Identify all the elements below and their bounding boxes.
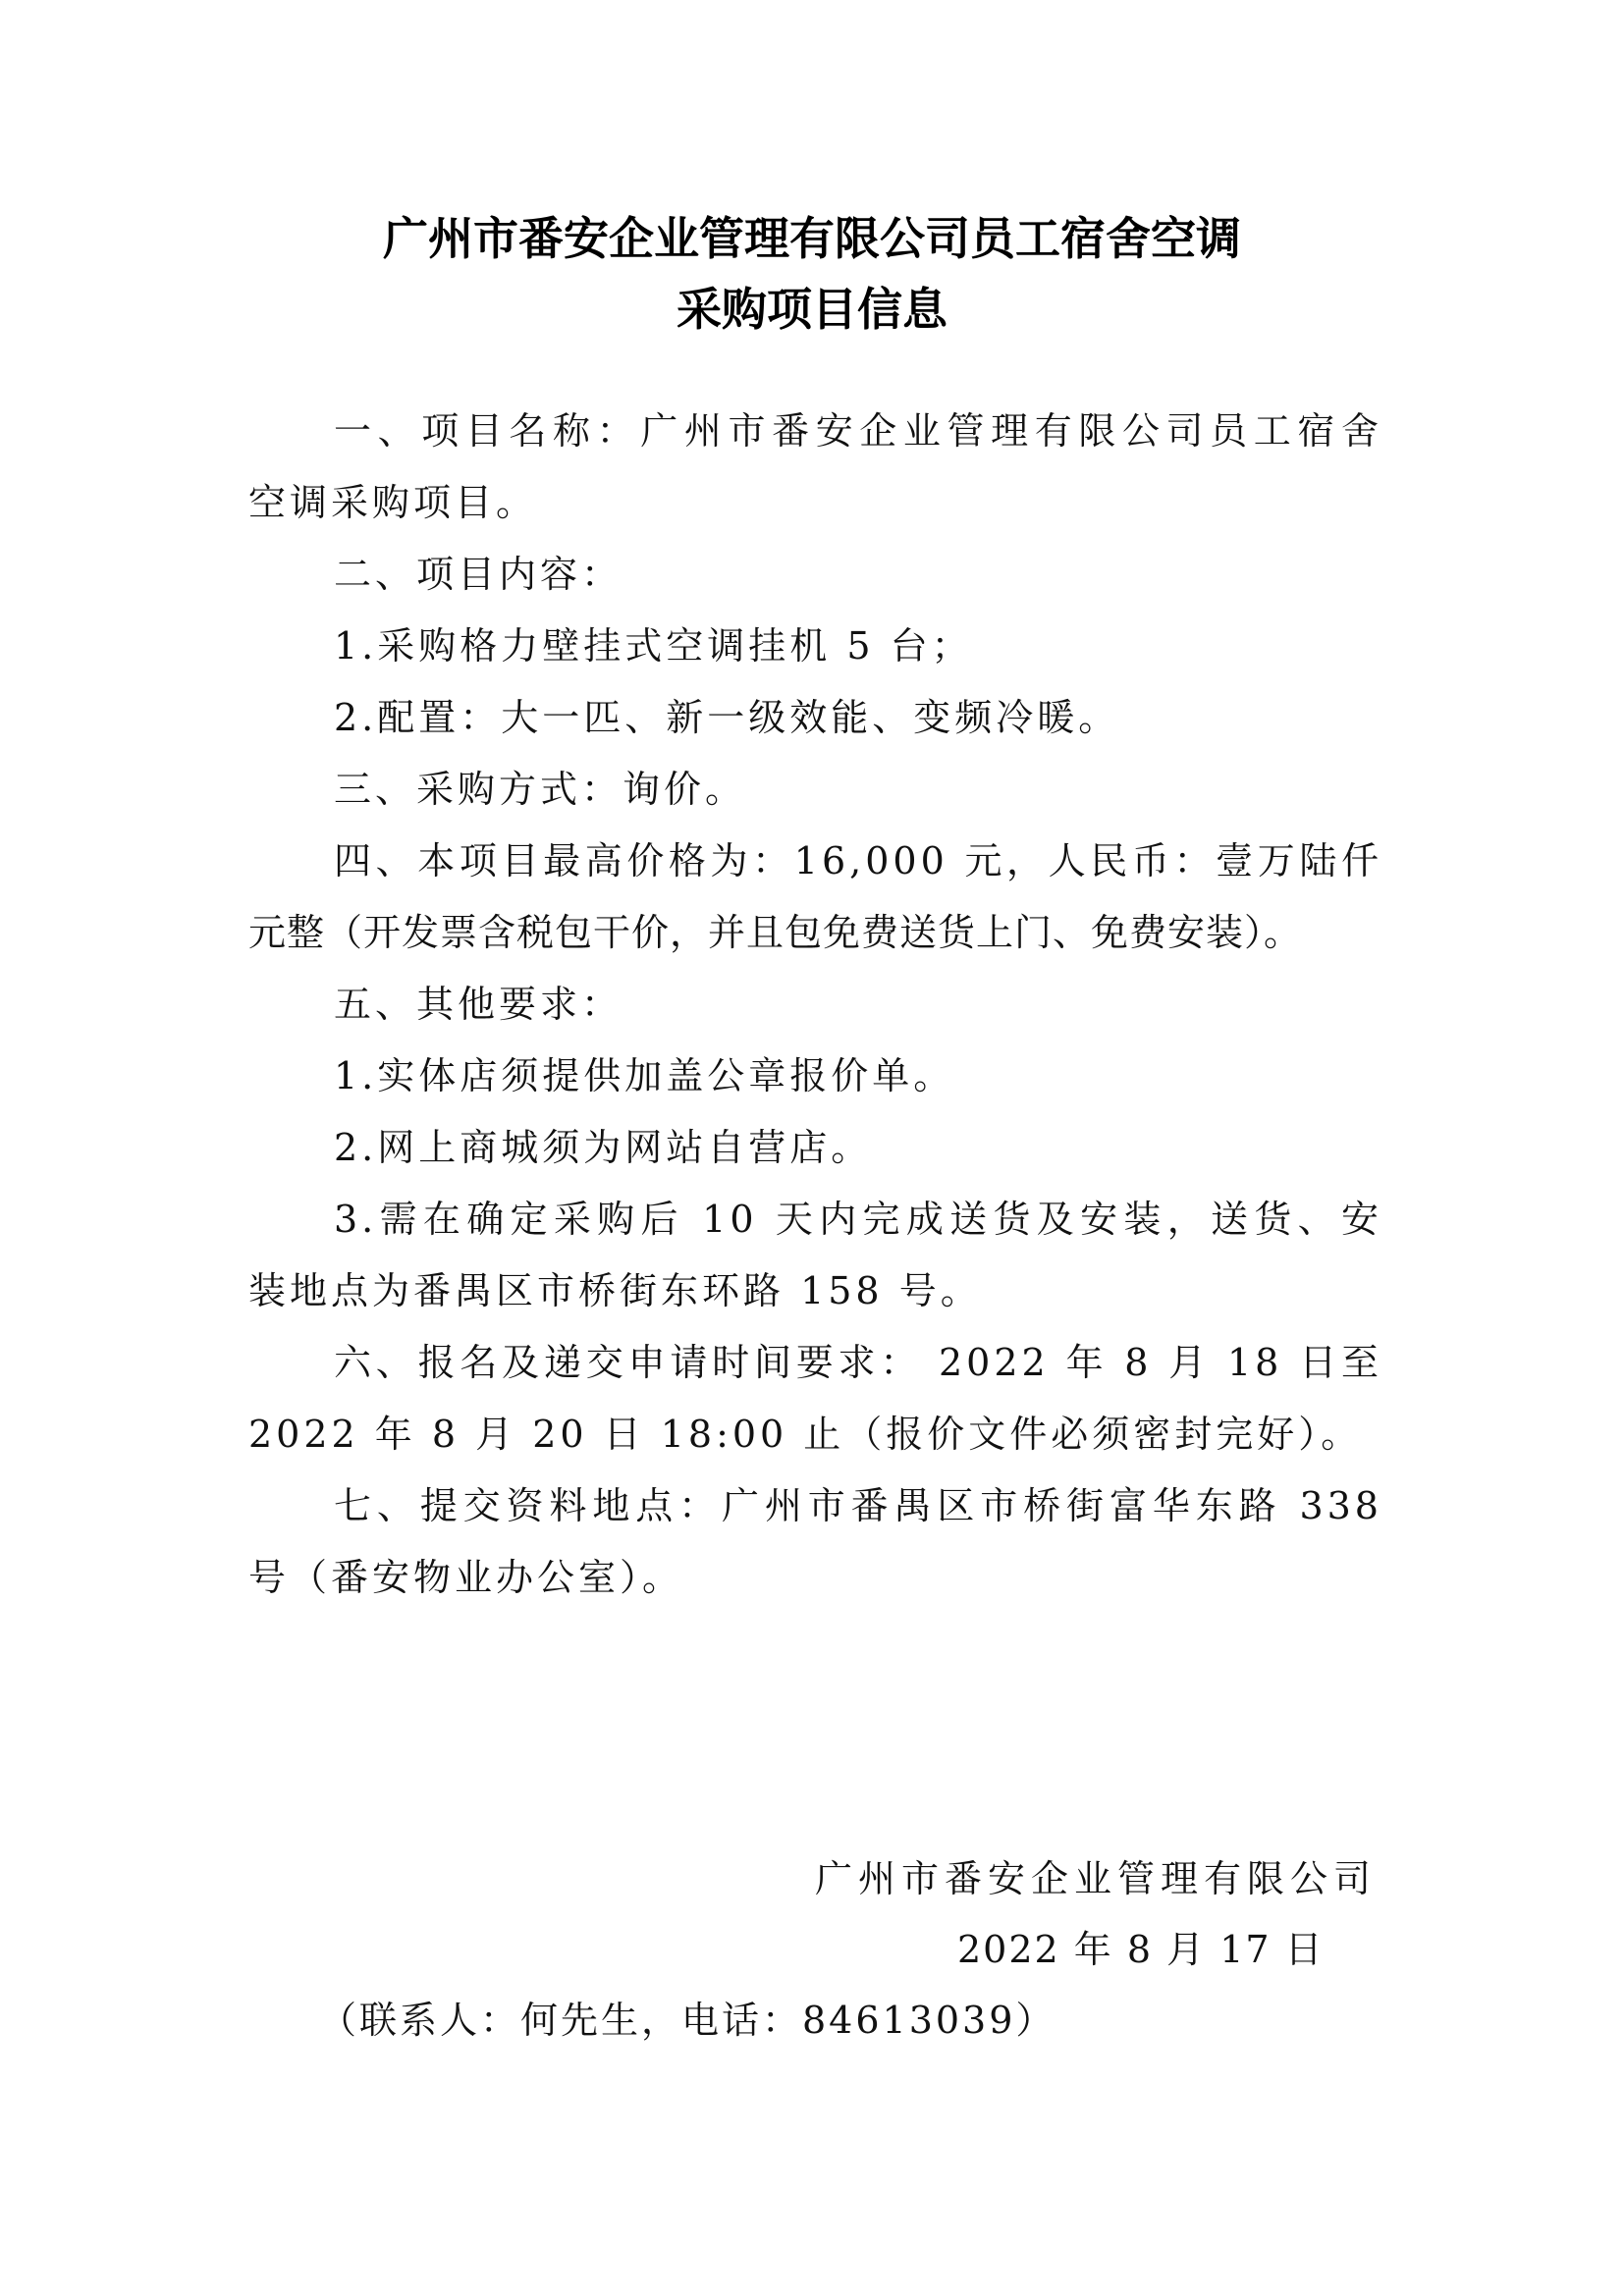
section-project-name-line2: 空调采购项目。: [248, 484, 537, 521]
signature-date: 2022 年 8 月 17 日: [957, 1931, 1325, 1968]
requirement-item-3-line2: 装地点为番禺区市桥街东环路 158 号。: [248, 1272, 982, 1309]
contact-info: （联系人：何先生，电话：84613039）: [319, 2002, 1056, 2039]
section-application-time-line2: 2022 年 8 月 20 日 18:00 止（报价文件必须密封完好）。: [248, 1415, 1362, 1453]
signature-company: 广州市番安企业管理有限公司: [815, 1860, 1377, 1897]
section-max-price-line1: 四、本项目最高价格为：16,000 元，人民币：壹万陆仟: [334, 842, 1382, 880]
document-page: 广州市番安企业管理有限公司员工宿舍空调 采购项目信息 一、项目名称：广州市番安企…: [0, 0, 1624, 2296]
requirement-item-2: 2.网上商城须为网站自营店。: [334, 1129, 872, 1166]
requirement-item-1: 1.实体店须提供加盖公章报价单。: [334, 1057, 954, 1095]
section-submission-location-line2: 号（番安物业办公室）。: [248, 1559, 683, 1596]
section-max-price-line2: 元整（开发票含税包干价，并且包免费送货上门、免费安装）。: [248, 914, 1302, 951]
requirement-item-3-line1: 3.需在确定采购后 10 天内完成送货及安装，送货、安: [334, 1201, 1382, 1238]
section-submission-location-line1: 七、提交资料地点：广州市番禺区市桥街富华东路 338: [334, 1487, 1382, 1524]
section-procurement-method: 三、采购方式：询价。: [334, 771, 746, 808]
document-title-line2: 采购项目信息: [0, 287, 1624, 332]
section-project-name-line1: 一、项目名称：广州市番安企业管理有限公司员工宿舍: [334, 412, 1382, 450]
document-title-line1: 广州市番安企业管理有限公司员工宿舍空调: [0, 216, 1624, 261]
content-item-2: 2.配置：大一匹、新一级效能、变频冷暖。: [334, 699, 1119, 736]
section-other-requirements-heading: 五、其他要求：: [334, 986, 623, 1023]
content-item-1: 1.采购格力壁挂式空调挂机 5 台；: [334, 627, 973, 665]
section-application-time-line1: 六、报名及递交申请时间要求： 2022 年 8 月 18 日至: [334, 1344, 1382, 1381]
section-project-content-heading: 二、项目内容：: [334, 556, 623, 593]
